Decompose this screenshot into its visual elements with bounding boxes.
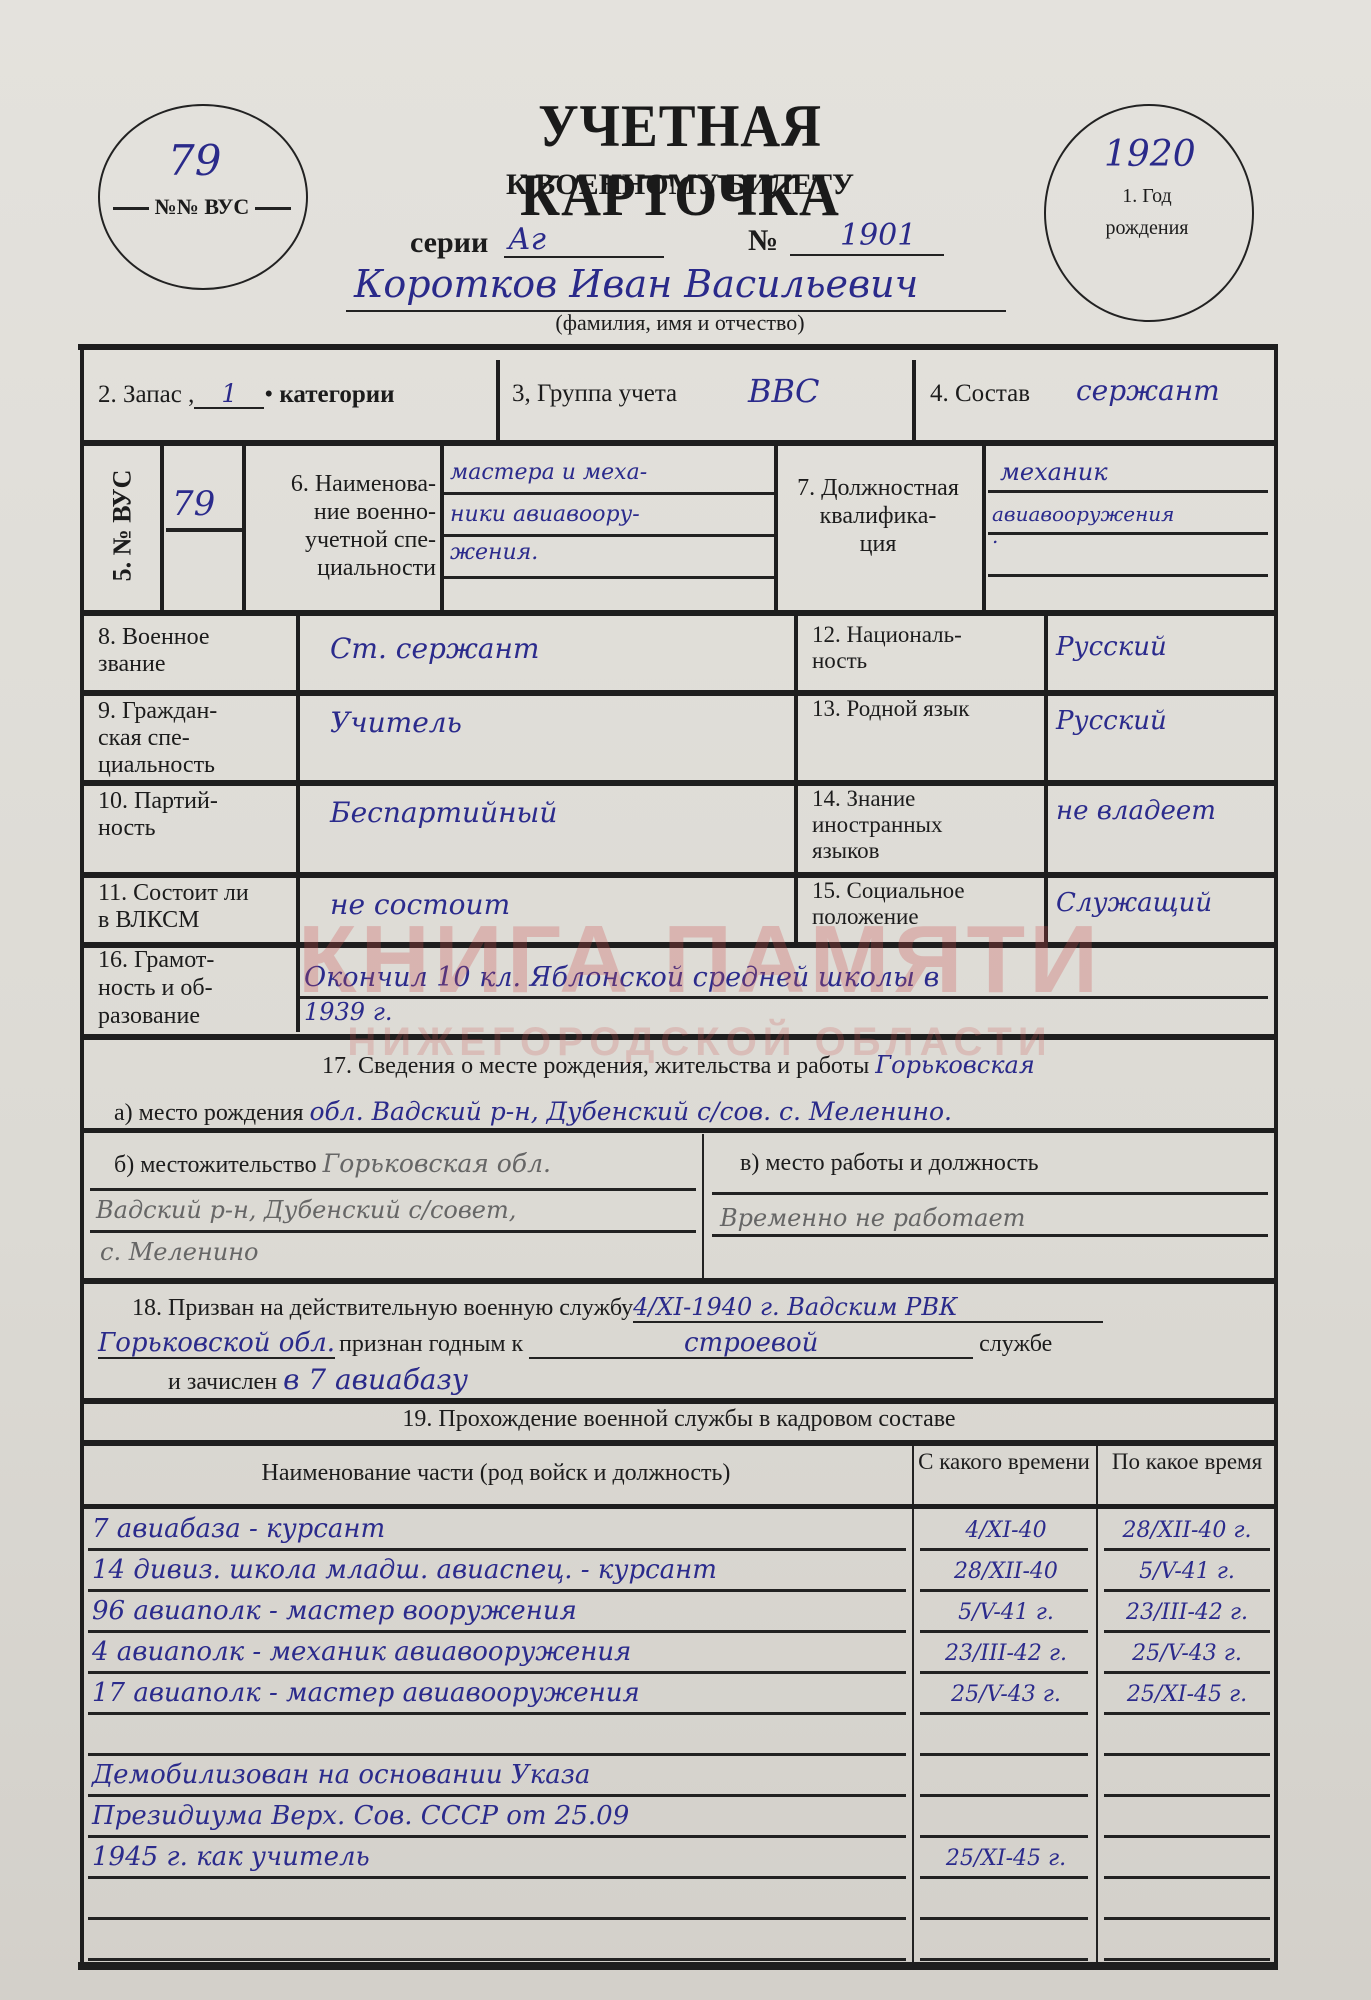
watermark: КНИГА ПАМЯТИ [250, 905, 1150, 1015]
specialty-value-line3: жения. [450, 540, 538, 565]
unit-cell: 4 авиаполк - механик авиавооружения [92, 1637, 631, 1667]
ruled-line [920, 1958, 1088, 1961]
row-divider [84, 1278, 1274, 1284]
qualification-label: 7. Должностная квалифика- ция [776, 474, 980, 558]
ruled-line [444, 576, 774, 579]
row-divider [84, 610, 1274, 616]
number-label: № [748, 224, 778, 258]
row-divider [84, 1398, 1274, 1404]
divider [912, 360, 916, 440]
from-cell: 25/XI-45 г. [922, 1846, 1090, 1871]
series-field: Аг [504, 222, 664, 258]
ruled-line [1104, 1958, 1270, 1961]
from-cell: 23/III-42 г. [922, 1641, 1090, 1666]
series-label: серии [410, 226, 488, 260]
document-page: 79 №№ ВУС 1920 1. Год рождения УЧЕТНАЯ К… [0, 0, 1371, 2000]
unit-cell: 7 авиабаза - курсант [92, 1514, 385, 1544]
column-header-unit: Наименование части (род войск и должност… [90, 1460, 902, 1487]
unit-cell: Демобилизован на основании Указа [92, 1760, 590, 1790]
divider [296, 690, 300, 780]
row-divider [84, 780, 1274, 786]
row-divider [84, 1128, 1274, 1133]
personal-value-2: не владеет [1056, 796, 1266, 826]
number-field: 1901 [790, 218, 944, 256]
ruled-line [88, 1958, 906, 1961]
document-subtitle: К ВОЕННОМУ БИЛЕТУ [440, 168, 920, 202]
divider [496, 360, 500, 440]
specialty-label: 6. Наименова- ние военно- учетной спе- ц… [248, 470, 436, 582]
divider [1044, 616, 1048, 690]
reserve-label: 2. Запас ,1• категории [98, 380, 395, 409]
vus-label: 5. № ВУС [109, 466, 136, 586]
watermark-subtitle: НИЖЕГОРОДСКОЙ ОБЛАСТИ [250, 1020, 1150, 1065]
divider [1044, 780, 1048, 872]
unit-cell: Президиума Верх. Сов. СССР от 25.09 [92, 1801, 629, 1831]
from-cell: 4/XI-40 [922, 1518, 1090, 1543]
to-cell: 5/V-41 г. [1104, 1559, 1270, 1584]
from-cell: 25/V-43 г. [922, 1682, 1090, 1707]
unit-cell: 14 дивиз. школа младш. авиаспец. - курса… [92, 1555, 717, 1585]
divider [296, 780, 300, 872]
row-divider [84, 440, 1274, 446]
divider [794, 780, 798, 872]
ruled-line [988, 574, 1268, 577]
residence-line3: с. Меленино [100, 1238, 258, 1266]
from-cell: 28/XII-40 [922, 1559, 1090, 1584]
residence-label: б) местожительство Горьковская обл. [114, 1150, 551, 1179]
group-label: 3, Группа учета [512, 380, 677, 407]
ruled-line [90, 1188, 696, 1191]
personal-label-2: 13. Родной язык [812, 696, 969, 722]
unit-cell: 1945 г. как учитель [92, 1842, 370, 1872]
ruled-line [444, 492, 774, 495]
staff-value: сержант [1076, 374, 1220, 407]
full-name-field: Коротков Иван Васильевич [346, 262, 1006, 312]
vus-underline [166, 528, 242, 532]
work-label: в) место работы и должность [740, 1150, 1039, 1177]
group-value: ВВС [748, 372, 820, 410]
column-header-from: С какого времени [918, 1448, 1090, 1476]
staff-label: 4. Состав [930, 380, 1030, 407]
to-cell: 25/XI-45 г. [1104, 1682, 1270, 1707]
to-cell: 25/V-43 г. [1104, 1641, 1270, 1666]
personal-value: Учитель [330, 706, 462, 739]
ruled-line [444, 534, 774, 537]
table-row [84, 1879, 1274, 1920]
personal-label-2: 14. Знаниеиностранныхязыков [812, 786, 943, 864]
birth-year-value: 1920 [1104, 134, 1196, 175]
table-bottom-border [78, 1962, 1278, 1970]
divider [296, 616, 300, 690]
ruled-line [988, 532, 1268, 535]
specialty-value-line2: ники авиавоору- [450, 502, 640, 527]
to-cell: 23/III-42 г. [1104, 1600, 1270, 1625]
personal-value: Ст. сержант [330, 632, 539, 665]
row-divider [84, 872, 1274, 878]
personal-label: 10. Партий-ность [98, 788, 218, 842]
row-divider [84, 690, 1274, 696]
education-label: 16. Грамот- ность и об- разование [98, 946, 214, 1030]
table-right-border [1274, 344, 1278, 1962]
ruled-line [712, 1192, 1268, 1195]
birth-year-label: 1. Год рождения [1064, 180, 1230, 244]
full-name-caption: (фамилия, имя и отчество) [480, 310, 880, 336]
section18-line1: 18. Призван на действительную военную сл… [132, 1294, 1103, 1323]
document-title: УЧЕТНАЯ КАРТОЧКА [404, 92, 956, 230]
vus-value: 79 [172, 484, 215, 524]
personal-value-2: Русский [1056, 632, 1266, 662]
ruled-line [988, 490, 1268, 493]
table-row [84, 1920, 1274, 1961]
section18-line2: Горьковской обл.признан годным к строево… [98, 1330, 1052, 1359]
unit-cell: 17 авиаполк - мастер авиавооружения [92, 1678, 640, 1708]
personal-label: 11. Состоит лив ВЛКСМ [98, 880, 249, 934]
vus-circle-value: 79 [168, 136, 221, 185]
personal-label: 9. Граждан-ская спе-циальность [98, 698, 217, 779]
section19-title: 19. Прохождение военной службы в кадрово… [84, 1406, 1274, 1433]
unit-cell: 96 авиаполк - мастер вооружения [92, 1596, 577, 1626]
header-divider [84, 1504, 1274, 1509]
column-header-to: По какое время [1104, 1448, 1270, 1476]
work-value: Временно не работает [720, 1204, 1025, 1232]
birthplace-row: а) место рождения обл. Вадский р-н, Дубе… [114, 1098, 952, 1127]
ruled-line [90, 1230, 696, 1233]
divider [794, 616, 798, 690]
divider [702, 1134, 704, 1278]
to-cell: 28/XII-40 г. [1104, 1518, 1270, 1543]
qualification-value-line2: авиавооружения [992, 502, 1174, 526]
divider [1044, 690, 1048, 780]
table-top-border [78, 344, 1278, 350]
personal-label-2: 12. Националь-ность [812, 622, 962, 674]
vus-circle-label: №№ ВУС [112, 194, 292, 220]
specialty-value-line1: мастера и меха- [450, 460, 647, 485]
divider [982, 446, 986, 610]
section18-line3: и зачислен в 7 авиабазу [168, 1366, 468, 1396]
ruled-line [712, 1234, 1268, 1237]
divider [242, 446, 246, 610]
qualification-value-line3: . [992, 524, 998, 548]
divider [160, 446, 164, 610]
qualification-value-line1: механик [1000, 458, 1108, 486]
personal-value-2: Русский [1056, 706, 1266, 736]
personal-value: Беспартийный [330, 796, 557, 829]
divider [440, 446, 444, 610]
residence-line2: Вадский р-н, Дубенский с/совет, [96, 1196, 516, 1224]
table-row [84, 1715, 1274, 1756]
personal-label: 8. Военноезвание [98, 624, 210, 678]
from-cell: 5/V-41 г. [922, 1600, 1090, 1625]
divider [794, 690, 798, 780]
